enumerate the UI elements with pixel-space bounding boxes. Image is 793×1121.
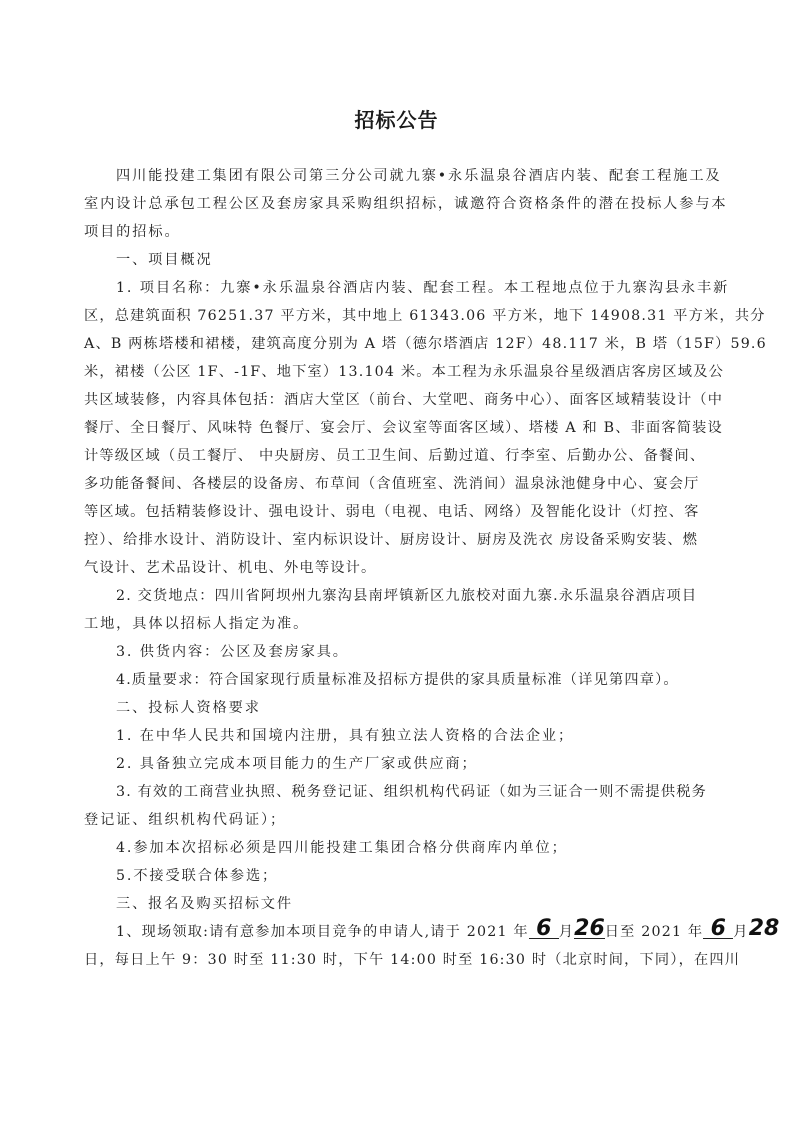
handwritten-start-month: 6 xyxy=(529,920,559,939)
paragraph-line: A、B 两栋塔楼和裙楼，建筑高度分别为 A 塔（德尔塔酒店 12F）48.117… xyxy=(84,330,714,358)
month-label: 月 xyxy=(559,924,574,940)
paragraph-line: 3. 有效的工商营业执照、税务登记证、组织机构代码证（如为三证合一则不需提供税务 xyxy=(84,778,714,806)
section-heading-registration: 三、报名及购买招标文件 xyxy=(84,890,714,918)
month-label: 月 xyxy=(733,924,748,940)
paragraph-line: 区，总建筑面积 76251.37 平方米，其中地上 61343.06 平方米，地… xyxy=(84,302,714,330)
paragraph-line: 1. 项目名称：九寨•永乐温泉谷酒店内装、配套工程。本工程地点位于九寨沟县永丰新 xyxy=(84,274,714,302)
document-body: 四川能投建工集团有限公司第三分公司就九寨•永乐温泉谷酒店内装、配套工程施工及 室… xyxy=(84,162,714,974)
paragraph-line: 多功能备餐间、各楼层的设备房、布草间（含值班室、洗消间）温泉泳池健身中心、宴会厅 xyxy=(84,470,714,498)
paragraph-line: 日，每日上午 9：30 时至 11:30 时，下午 14:00 时至 16:30… xyxy=(84,946,714,974)
paragraph-line: 等区域。包括精装修设计、强电设计、弱电（电视、电话、网络）及智能化设计（灯控、客 xyxy=(84,498,714,526)
paragraph-line: 餐厅、全日餐厅、风味特 色餐厅、宴会厅、会议室等面客区域）、塔楼 A 和 B、非… xyxy=(84,414,714,442)
paragraph-line: 米，裙楼（公区 1F、-1F、地下室）13.104 米。本工程为永乐温泉谷星级酒… xyxy=(84,358,714,386)
paragraph-line: 3. 供货内容：公区及套房家具。 xyxy=(84,638,714,666)
document-page: 招标公告 四川能投建工集团有限公司第三分公司就九寨•永乐温泉谷酒店内装、配套工程… xyxy=(0,0,793,1121)
paragraph-line: 工地，具体以招标人指定为准。 xyxy=(84,610,714,638)
section-heading-bidder-qualifications: 二、投标人资格要求 xyxy=(84,694,714,722)
date-line-prefix: 1、现场领取:请有意参加本项目竞争的申请人,请于 2021 年 xyxy=(116,924,529,940)
paragraph-line: 共区域装修，内容具体包括：酒店大堂区（前台、大堂吧、商务中心）、面客区域精装设计… xyxy=(84,386,714,414)
paragraph-line: 4.参加本次招标必须是四川能投建工集团合格分供商库内单位； xyxy=(84,834,714,862)
registration-date-line: 1、现场领取:请有意参加本项目竞争的申请人,请于 2021 年6月26日至 20… xyxy=(84,918,714,946)
intro-line: 四川能投建工集团有限公司第三分公司就九寨•永乐温泉谷酒店内装、配套工程施工及 xyxy=(84,162,714,190)
paragraph-line: 登记证、组织机构代码证）； xyxy=(84,806,714,834)
handwritten-start-day: 26 xyxy=(574,920,605,939)
intro-line: 室内设计总承包工程公区及套房家具采购组织招标，诚邀符合资格条件的潜在投标人参与本 xyxy=(84,190,714,218)
intro-line: 项目的招标。 xyxy=(84,218,714,246)
date-line-mid: 日至 2021 年 xyxy=(605,924,704,940)
paragraph-line: 计等级区域（员工餐厅、 中央厨房、员工卫生间、后勤过道、行李室、后勤办公、备餐间… xyxy=(84,442,714,470)
paragraph-line: 5.不接受联合体参选； xyxy=(84,862,714,890)
page-title: 招标公告 xyxy=(0,104,793,133)
paragraph-line: 4.质量要求：符合国家现行质量标准及招标方提供的家具质量标准（详见第四章）。 xyxy=(84,666,714,694)
paragraph-line: 2. 具备独立完成本项目能力的生产厂家或供应商； xyxy=(84,750,714,778)
paragraph-line: 1. 在中华人民共和国境内注册，具有独立法人资格的合法企业； xyxy=(84,722,714,750)
paragraph-line: 2. 交货地点：四川省阿坝州九寨沟县南坪镇新区九旅校对面九寨.永乐温泉谷酒店项目 xyxy=(84,582,714,610)
handwritten-end-day: 28 xyxy=(749,920,780,938)
handwritten-end-month: 6 xyxy=(703,920,733,939)
section-heading-project-overview: 一、项目概况 xyxy=(84,246,714,274)
paragraph-line: 控）、给排水设计、消防设计、室内标识设计、厨房设计、厨房及洗衣 房设备采购安装、… xyxy=(84,526,714,554)
paragraph-line: 气设计、艺术品设计、机电、外电等设计。 xyxy=(84,554,714,582)
